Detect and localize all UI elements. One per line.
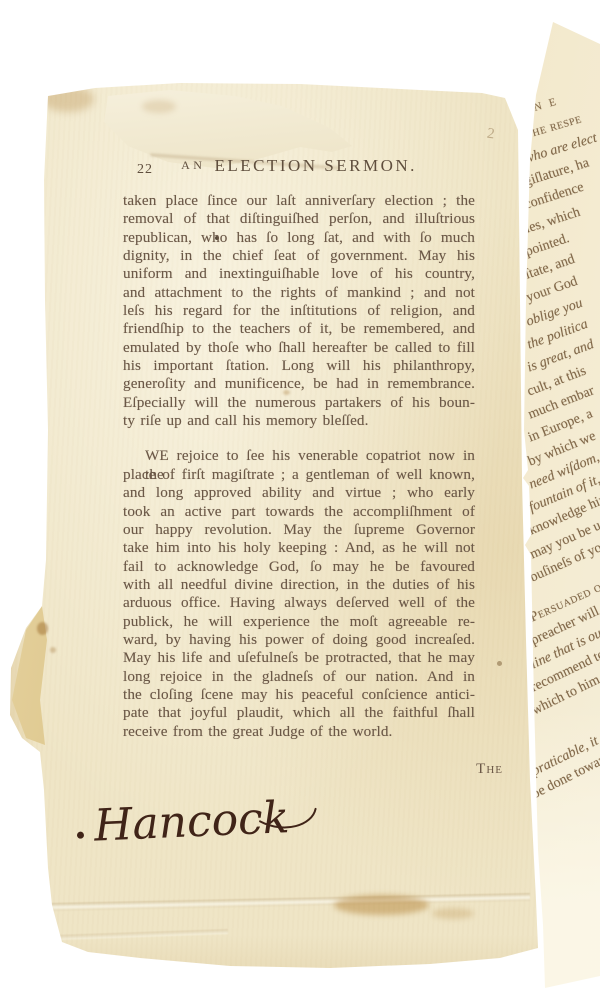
text-line: WE rejoice to ſee his venerable copatrio…	[123, 447, 475, 465]
text-line: and attachment to the rights of mankind …	[123, 284, 475, 302]
paragraph: WE rejoice to ſee his venerable copatrio…	[123, 447, 475, 741]
foxing-spot	[42, 86, 94, 112]
header-title: ANELECTION SERMON.	[123, 156, 475, 176]
text-line: took an active part towards the accompli…	[123, 503, 475, 521]
text-line: his important ſtation. Long will his phi…	[123, 357, 475, 375]
show-through-mark: 2	[486, 126, 496, 144]
foxing-spot	[50, 647, 56, 653]
text-line: long rejoice in the gladneſs of our nati…	[123, 668, 475, 686]
text-line: emulated by thoſe who ſhall hereafter be…	[123, 339, 475, 357]
bottom-crease-secondary	[58, 929, 228, 940]
text-line: and long approved ability and virtue ; w…	[123, 484, 475, 502]
text-line: May his life and uſefulneſs be protracte…	[123, 649, 475, 667]
text-line: pate that joyful plaudit, which all the …	[123, 704, 475, 722]
text-line: ty riſe up and call his memory bleſſed.	[123, 412, 475, 430]
paragraph: taken place ſince our laſt anniverſary e…	[123, 192, 475, 430]
text-line: leſs his regard for the inſtitutions of …	[123, 302, 475, 320]
text-line: uniform and inextinguiſhable love of his…	[123, 265, 475, 283]
running-header: 22 ANELECTION SERMON.	[123, 156, 475, 180]
foxing-spot	[37, 622, 48, 635]
text-line: our happy revolution. May the ſupreme Go…	[123, 521, 475, 539]
hancock-signature: Hancock	[62, 768, 336, 875]
ink-speck	[497, 661, 502, 666]
text-line: taken place ſince our laſt anniverſary e…	[123, 192, 475, 210]
stain	[432, 908, 474, 919]
text-line: ward, by having his power of doing good …	[123, 631, 475, 649]
ink-dot	[77, 832, 84, 839]
text-line: arduous office. Having always deſerved w…	[123, 594, 475, 612]
text-line: republican, who has ſo long ſat, and wit…	[123, 229, 475, 247]
text-line: friendſhip to the teachers of it, be rem…	[123, 320, 475, 338]
left-page: 22 ANELECTION SERMON. taken place ſince …	[0, 0, 600, 1005]
stain	[334, 895, 429, 915]
text-line: receive from the great Judge of the worl…	[123, 723, 475, 741]
photo-of-open-book: AN EThe reſpewho are electgiſlature, hac…	[0, 0, 600, 1005]
text-line: removal of that diſtinguiſhed perſon, an…	[123, 210, 475, 228]
text-line: take him into his holy keeping : And, as…	[123, 539, 475, 557]
text-line: dignity, in the chief ſeat of government…	[123, 247, 475, 265]
text-line: fail to acknowledge God, ſo may he be fa…	[123, 558, 475, 576]
text-line: generoſity and munificence, be had in re…	[123, 375, 475, 393]
text-line: place of firſt magiſtrate ; a gentleman …	[123, 466, 475, 484]
foxing-spot	[142, 100, 176, 113]
text-line: Eſpecially will the numerous partakers o…	[123, 394, 475, 412]
text-line: publick, he will experience the moſt agr…	[123, 613, 475, 631]
text-line: the cloſing ſcene may his peaceful conſc…	[123, 686, 475, 704]
dog-ear-fold	[0, 0, 60, 800]
body-text: taken place ſince our laſt anniverſary e…	[123, 192, 475, 741]
text-line: with all needful divine direction, in th…	[123, 576, 475, 594]
